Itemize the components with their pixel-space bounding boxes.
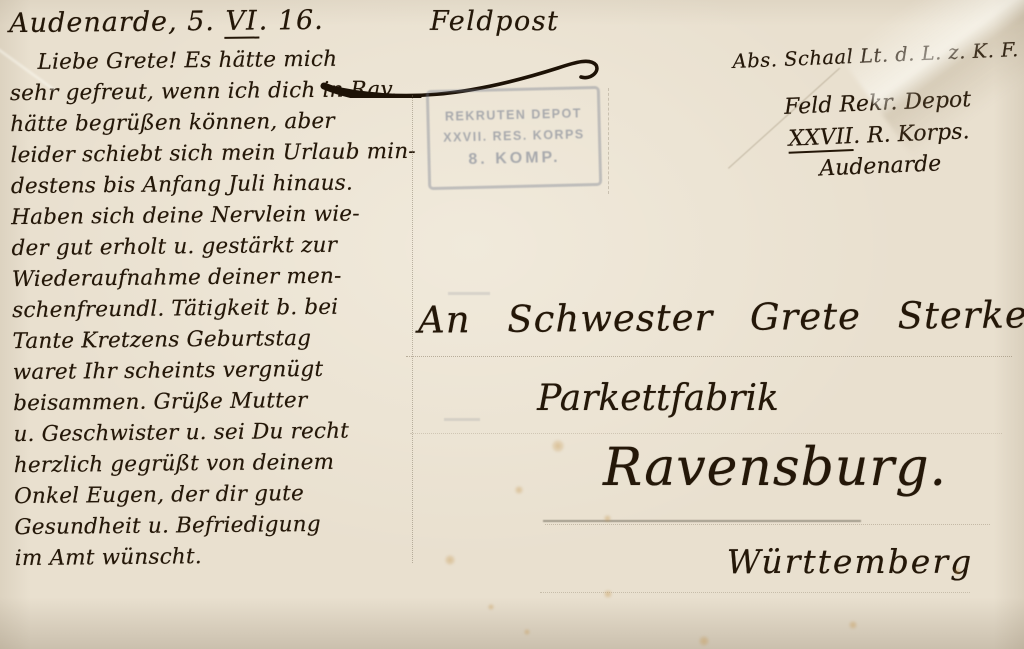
date-year: . 16. bbox=[259, 5, 324, 37]
censor-stamp: REKRUTEN DEPOT XXVII. RES. KORPS 8. KOMP… bbox=[426, 86, 602, 190]
message-line: Onkel Eugen, der dir gute bbox=[14, 477, 418, 512]
message-line: u. Geschwister u. sei Du recht bbox=[13, 415, 417, 450]
message-line: hätte begrüßen können, aber bbox=[10, 105, 414, 140]
foxing-spot bbox=[849, 621, 857, 629]
print-smudge bbox=[448, 292, 490, 295]
foxing-spot bbox=[515, 486, 523, 494]
postcard: Audenarde, 5. VI. 16. Liebe Grete! Es hä… bbox=[0, 0, 1024, 649]
date-month-roman: VI bbox=[224, 6, 259, 39]
divider-line bbox=[608, 88, 609, 194]
address-rule bbox=[406, 356, 1012, 357]
message-line: Gesundheit u. Befriedigung bbox=[14, 508, 418, 543]
message-line: Wiederaufnahme deiner men- bbox=[12, 260, 416, 295]
company-line: Parkettfabrik bbox=[378, 378, 938, 419]
sender-corps-number: XXVII bbox=[788, 124, 854, 154]
foxing-spot bbox=[954, 568, 961, 575]
message-line: schenfreundl. Tätigkeit b. bei bbox=[12, 291, 416, 326]
foxing-spot bbox=[552, 440, 564, 452]
message-line: Tante Kretzens Geburtstag bbox=[12, 322, 416, 357]
message-line: waret Ihr scheints vergnügt bbox=[13, 353, 417, 388]
stamp-line: 8. KOMP. bbox=[468, 149, 561, 169]
message-line: destens bis Anfang Juli hinaus. bbox=[11, 167, 415, 202]
divider-line bbox=[412, 95, 413, 563]
recipient-line: An Schwester Grete Sterkel bbox=[418, 293, 1018, 341]
message-line: beisammen. Grüße Mutter bbox=[13, 384, 417, 419]
foxing-spot bbox=[488, 604, 494, 610]
stamp-line: XXVII. RES. KORPS bbox=[443, 127, 585, 144]
foxing-spot bbox=[524, 629, 530, 635]
stamp-line: REKRUTEN DEPOT bbox=[445, 106, 582, 123]
message-line: herzlich gegrüßt von deinem bbox=[14, 446, 418, 481]
city-line: Ravensburg. bbox=[495, 438, 1024, 498]
message-line: leider schiebt sich mein Urlaub min- bbox=[10, 136, 414, 171]
foxing-spot bbox=[445, 555, 455, 565]
message-line: im Amt wünscht. bbox=[15, 539, 419, 574]
city-underline bbox=[543, 520, 861, 522]
feldpost-label: Feldpost bbox=[430, 6, 559, 37]
address-rule bbox=[410, 433, 1002, 434]
address-rule bbox=[545, 524, 990, 525]
message-line: der gut erholt u. gestärkt zur bbox=[11, 229, 415, 264]
message-line: Haben sich deine Nervlein wie- bbox=[11, 198, 415, 233]
message-date: Audenarde, 5. VI. 16. bbox=[9, 4, 413, 39]
region-line: Württemberg bbox=[570, 542, 1024, 581]
foxing-spot bbox=[604, 515, 611, 522]
date-place: Audenarde, 5. bbox=[9, 6, 225, 39]
sender-line: Audenarde bbox=[735, 148, 1024, 185]
print-smudge bbox=[444, 418, 480, 421]
foxing-spot bbox=[699, 636, 709, 646]
foxing-spot bbox=[604, 590, 612, 598]
